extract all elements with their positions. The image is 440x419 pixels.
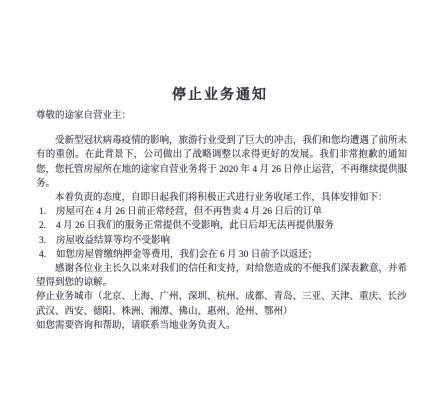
list-item-3: 3. 房屋收益结算等均不受影响 (36, 234, 407, 248)
intro-paragraph: 受新型冠状病毒疫情的影响，旅游行业受到了巨大的冲击，我们和您均遭遇了前所未有的重… (36, 134, 407, 191)
notice-title: 停止业务通知 (0, 0, 440, 104)
cities-line-1: 停止业务城市（北京、上海、广州、深圳、杭州、成都、青岛、三亚、天津、重庆、长沙 (36, 290, 407, 304)
list-item-number: 2. (36, 219, 56, 233)
list-item-text: 如您房屋曾缴纳押金等费用，我们会在 6 月 30 日前予以返还； (56, 248, 407, 262)
document-page: 停止业务通知 尊敬的途家自营业主： 受新型冠状病毒疫情的影响，旅游行业受到了巨大… (0, 0, 440, 419)
cities-line-2: 武汉、西安、德阳、株洲、湘潭、佛山、惠州、沧州、鄂州） (36, 305, 407, 319)
arrangement-lead: 本着负责的态度，自即日起我们将积极正式进行业务收尾工作，具体安排如下： (36, 191, 407, 205)
arrangement-list: 1. 房屋可在 4 月 26 日前正常经营，但不再售卖 4 月 26 日后的订单… (36, 205, 407, 262)
list-item-number: 3. (36, 234, 56, 248)
notice-body: 尊敬的途家自营业主： 受新型冠状病毒疫情的影响，旅游行业受到了巨大的冲击，我们和… (36, 109, 407, 333)
thanks-paragraph: 感谢各位业主长久以来对我们的信任和支持，对给您造成的不便我们深表歉意，并希望得到… (36, 262, 407, 290)
list-item-1: 1. 房屋可在 4 月 26 日前正常经营，但不再售卖 4 月 26 日后的订单 (36, 205, 407, 219)
list-item-number: 4. (36, 248, 56, 262)
list-item-4: 4. 如您房屋曾缴纳押金等费用，我们会在 6 月 30 日前予以返还； (36, 248, 407, 262)
salutation: 尊敬的途家自营业主： (36, 109, 407, 123)
list-item-text: 房屋可在 4 月 26 日前正常经营，但不再售卖 4 月 26 日后的订单 (56, 205, 407, 219)
list-item-2: 2. 4 月 26 日我们的服务正常提供不受影响，此日后却无法再提供服务 (36, 219, 407, 233)
list-item-text: 4 月 26 日我们的服务正常提供不受影响，此日后却无法再提供服务 (56, 219, 407, 233)
contact-line: 如您需要咨询和帮助，请联系当地业务负责人。 (36, 319, 407, 333)
list-item-text: 房屋收益结算等均不受影响 (56, 234, 407, 248)
list-item-number: 1. (36, 205, 56, 219)
